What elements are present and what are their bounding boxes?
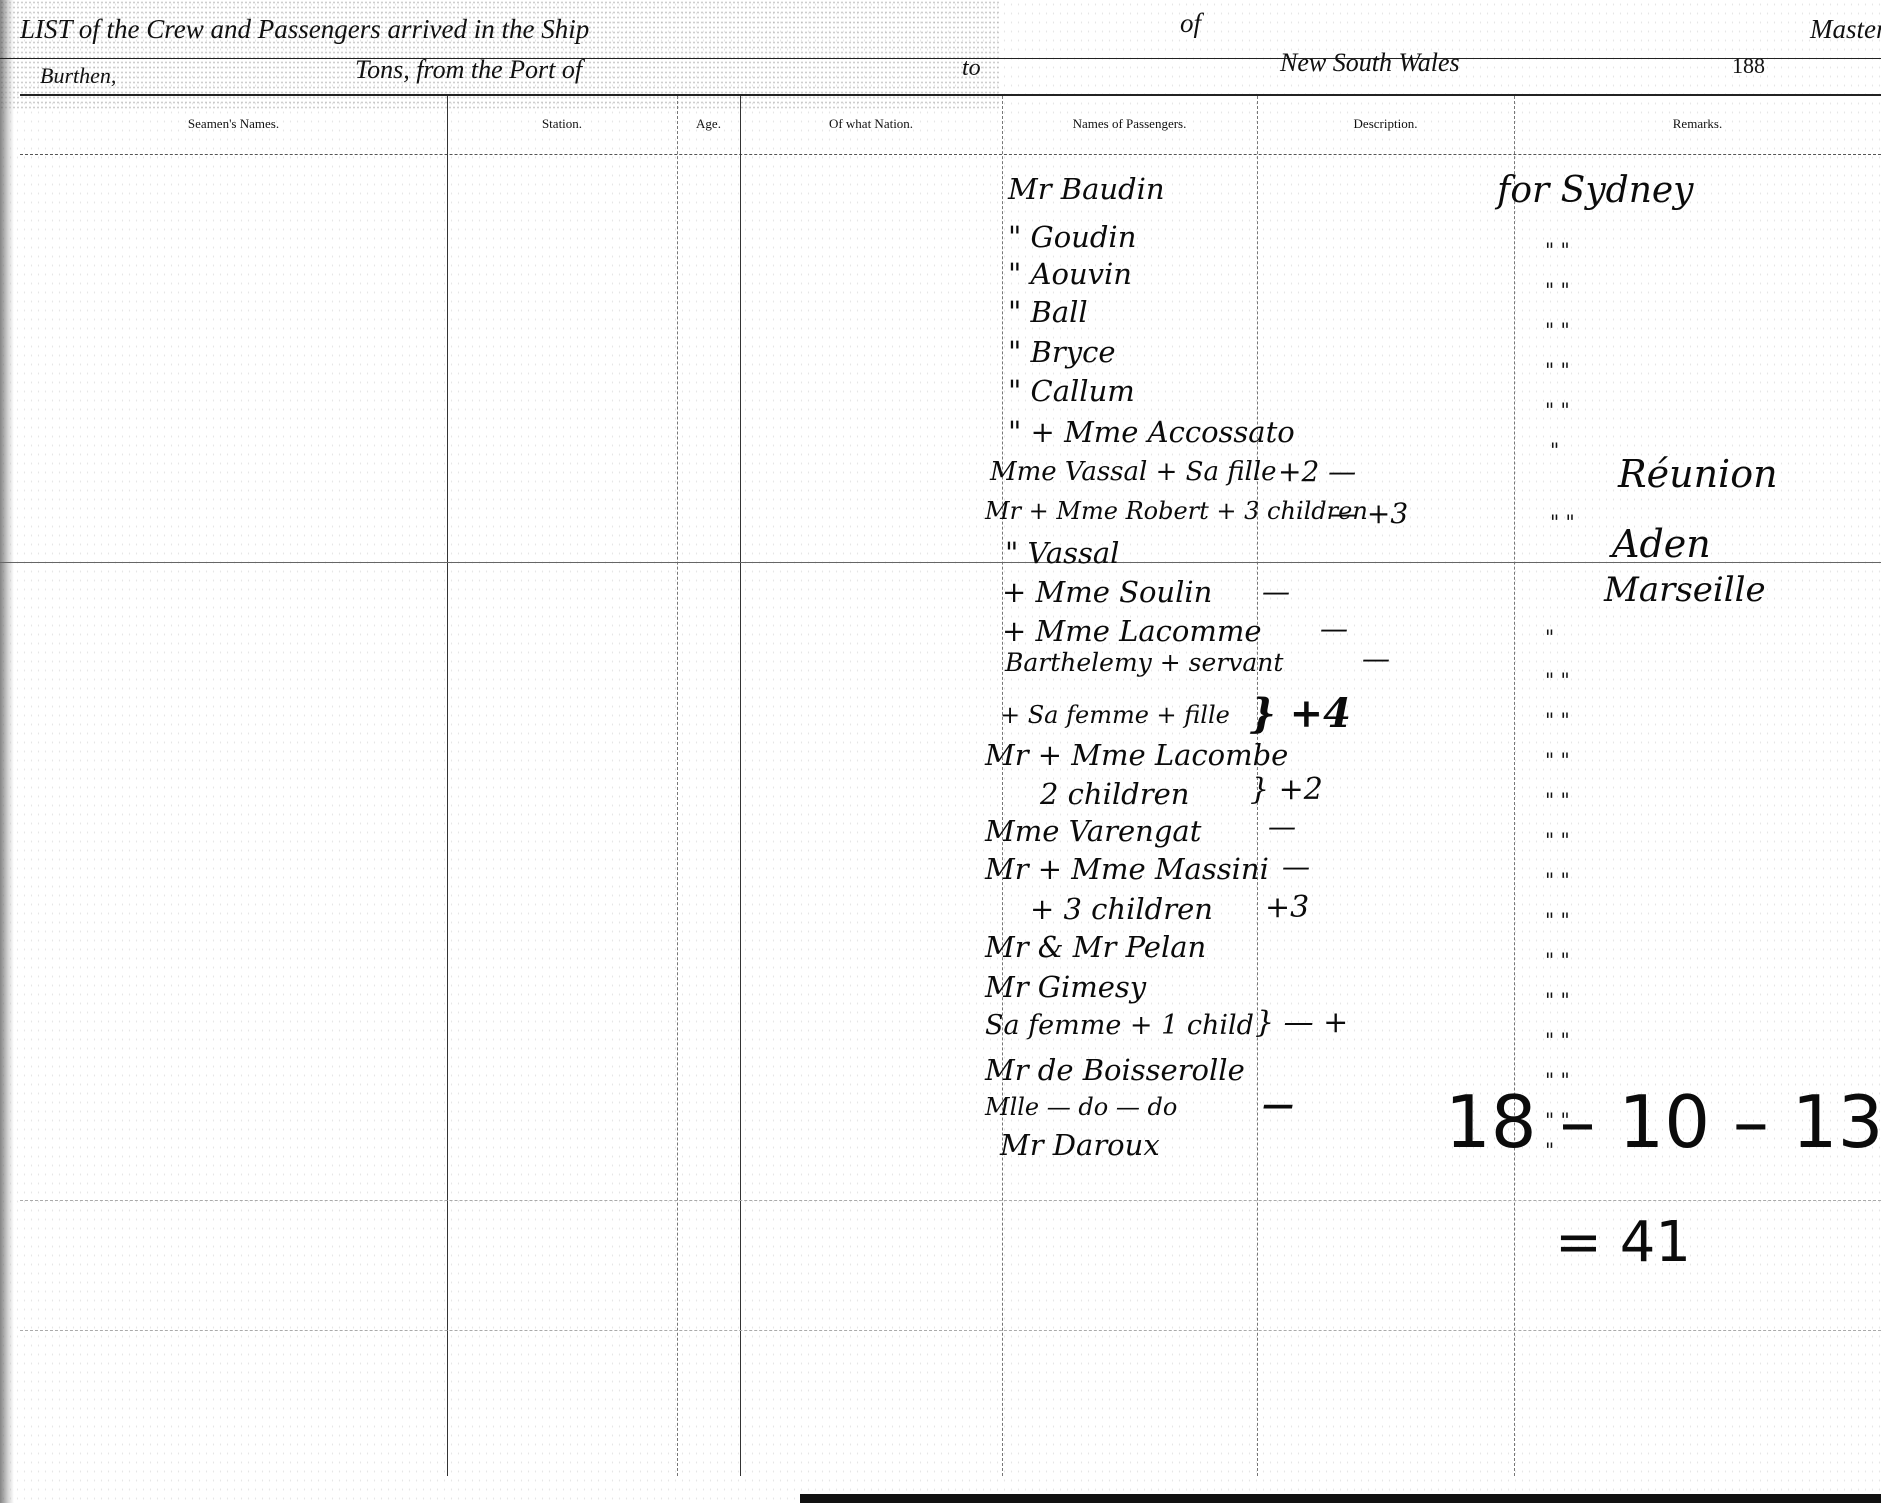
col-header-nation: Of what Nation. — [740, 116, 1002, 132]
remark: Aden — [1612, 522, 1711, 566]
col-header-seamens-names: Seamen's Names. — [20, 116, 447, 132]
remark: " " — [1545, 868, 1570, 892]
remark: " " — [1545, 318, 1570, 342]
remark: Marseille — [1604, 570, 1766, 610]
passenger-name: " Goudin — [1008, 220, 1136, 254]
form-tons-port-label: Tons, from the Port of — [355, 55, 582, 85]
passenger-name: " + Mme Accossato — [1008, 415, 1295, 449]
col-divider — [1002, 96, 1003, 1476]
passenger-name: 2 children — [1040, 777, 1189, 811]
form-year: 188 — [1732, 53, 1765, 79]
passenger-name: " Ball — [1008, 295, 1088, 329]
remark: " " — [1545, 668, 1570, 692]
form-to-label: to — [962, 55, 981, 82]
passenger-name: Mr + Mme Lacombe — [985, 738, 1288, 772]
col-divider — [740, 96, 741, 1476]
ruled-line — [20, 1200, 1881, 1201]
passenger-name: " Vassal — [1005, 536, 1119, 570]
scan-page-edge — [0, 0, 14, 1503]
remark: " " — [1545, 1028, 1570, 1052]
form-burthen-label: Burthen, — [40, 63, 116, 89]
passenger-tally: } +4 — [1250, 690, 1351, 737]
col-header-age: Age. — [677, 116, 740, 132]
remark: " " — [1550, 510, 1575, 534]
passenger-tally: — — [1262, 1085, 1294, 1123]
col-divider — [1514, 96, 1515, 1476]
passenger-tally: — — [1320, 612, 1348, 645]
remark: " " — [1545, 358, 1570, 382]
passenger-name: Mme Vassal + Sa fille — [990, 457, 1277, 487]
header-rule-3 — [20, 154, 1881, 155]
col-header-description: Description. — [1257, 116, 1514, 132]
remark: " — [1545, 625, 1554, 649]
remark: " " — [1545, 788, 1570, 812]
passenger-tally: +2 — — [1278, 455, 1356, 488]
ruled-line — [20, 1330, 1881, 1331]
passenger-tally: +3 — [1265, 890, 1309, 925]
passenger-name: Mr + Mme Massini — [985, 852, 1269, 886]
remark: " " — [1545, 988, 1570, 1012]
passenger-tally: — — [1262, 575, 1290, 608]
scan-bottom-edge — [800, 1494, 1881, 1503]
col-divider — [677, 96, 678, 1476]
passenger-name: Mr Daroux — [1000, 1128, 1160, 1162]
passenger-name: Mr + Mme Robert + 3 children — [985, 497, 1368, 525]
form-of-label: of — [1180, 8, 1201, 39]
col-header-passengers: Names of Passengers. — [1002, 116, 1257, 132]
remark: " " — [1545, 398, 1570, 422]
passenger-name: + Mme Soulin — [1002, 575, 1212, 609]
form-title: LIST of the Crew and Passengers arrived … — [20, 14, 589, 45]
passenger-name: " Callum — [1008, 374, 1135, 408]
header-rule-2 — [20, 94, 1881, 96]
remark: " — [1550, 438, 1559, 462]
remark: " " — [1545, 908, 1570, 932]
remark: Réunion — [1618, 452, 1778, 496]
passenger-tally: — +3 — [1330, 497, 1408, 530]
passenger-tally: — — [1362, 642, 1390, 675]
passenger-name: Mr Baudin — [1008, 172, 1165, 206]
passenger-name: Mme Varengat — [985, 814, 1201, 848]
total-sum: = 41 — [1555, 1210, 1691, 1275]
remark: " " — [1545, 828, 1570, 852]
total-tally: 18 – 10 – 13 — [1445, 1080, 1881, 1164]
passenger-name: Mlle — do — do — [985, 1093, 1177, 1121]
form-destination: New South Wales — [1280, 48, 1460, 78]
passenger-name: + Mme Lacomme — [1002, 614, 1262, 648]
ruled-line — [0, 562, 1881, 563]
passenger-tally: — — [1282, 850, 1310, 883]
paper-texture — [0, 0, 1881, 1503]
remark: " " — [1545, 948, 1570, 972]
form-master-label: Master — [1810, 14, 1881, 45]
passenger-tally: } +2 — [1250, 772, 1323, 807]
remark: " " — [1545, 748, 1570, 772]
passenger-name: Mr de Boisserolle — [985, 1053, 1245, 1087]
remark: " " — [1545, 708, 1570, 732]
col-header-remarks: Remarks. — [1514, 116, 1881, 132]
header-rule-1 — [0, 58, 1881, 59]
passenger-name: Barthelemy + servant — [1005, 648, 1283, 677]
passenger-name: Mr Gimesy — [985, 970, 1146, 1004]
passenger-name: " Aouvin — [1008, 257, 1132, 291]
col-divider — [447, 96, 448, 1476]
passenger-name: + 3 children — [1030, 892, 1213, 926]
col-header-station: Station. — [447, 116, 677, 132]
passenger-name: Mr & Mr Pelan — [985, 930, 1206, 964]
passenger-tally: } — + — [1255, 1005, 1348, 1040]
passenger-name: Sa femme + 1 child — [985, 1010, 1254, 1041]
remark: for Sydney — [1497, 170, 1694, 211]
passenger-tally: — — [1268, 810, 1296, 843]
passenger-name: " Bryce — [1008, 335, 1116, 369]
remark: " " — [1545, 278, 1570, 302]
remark: " " — [1545, 238, 1570, 262]
passenger-name: + Sa femme + fille — [1000, 701, 1230, 729]
